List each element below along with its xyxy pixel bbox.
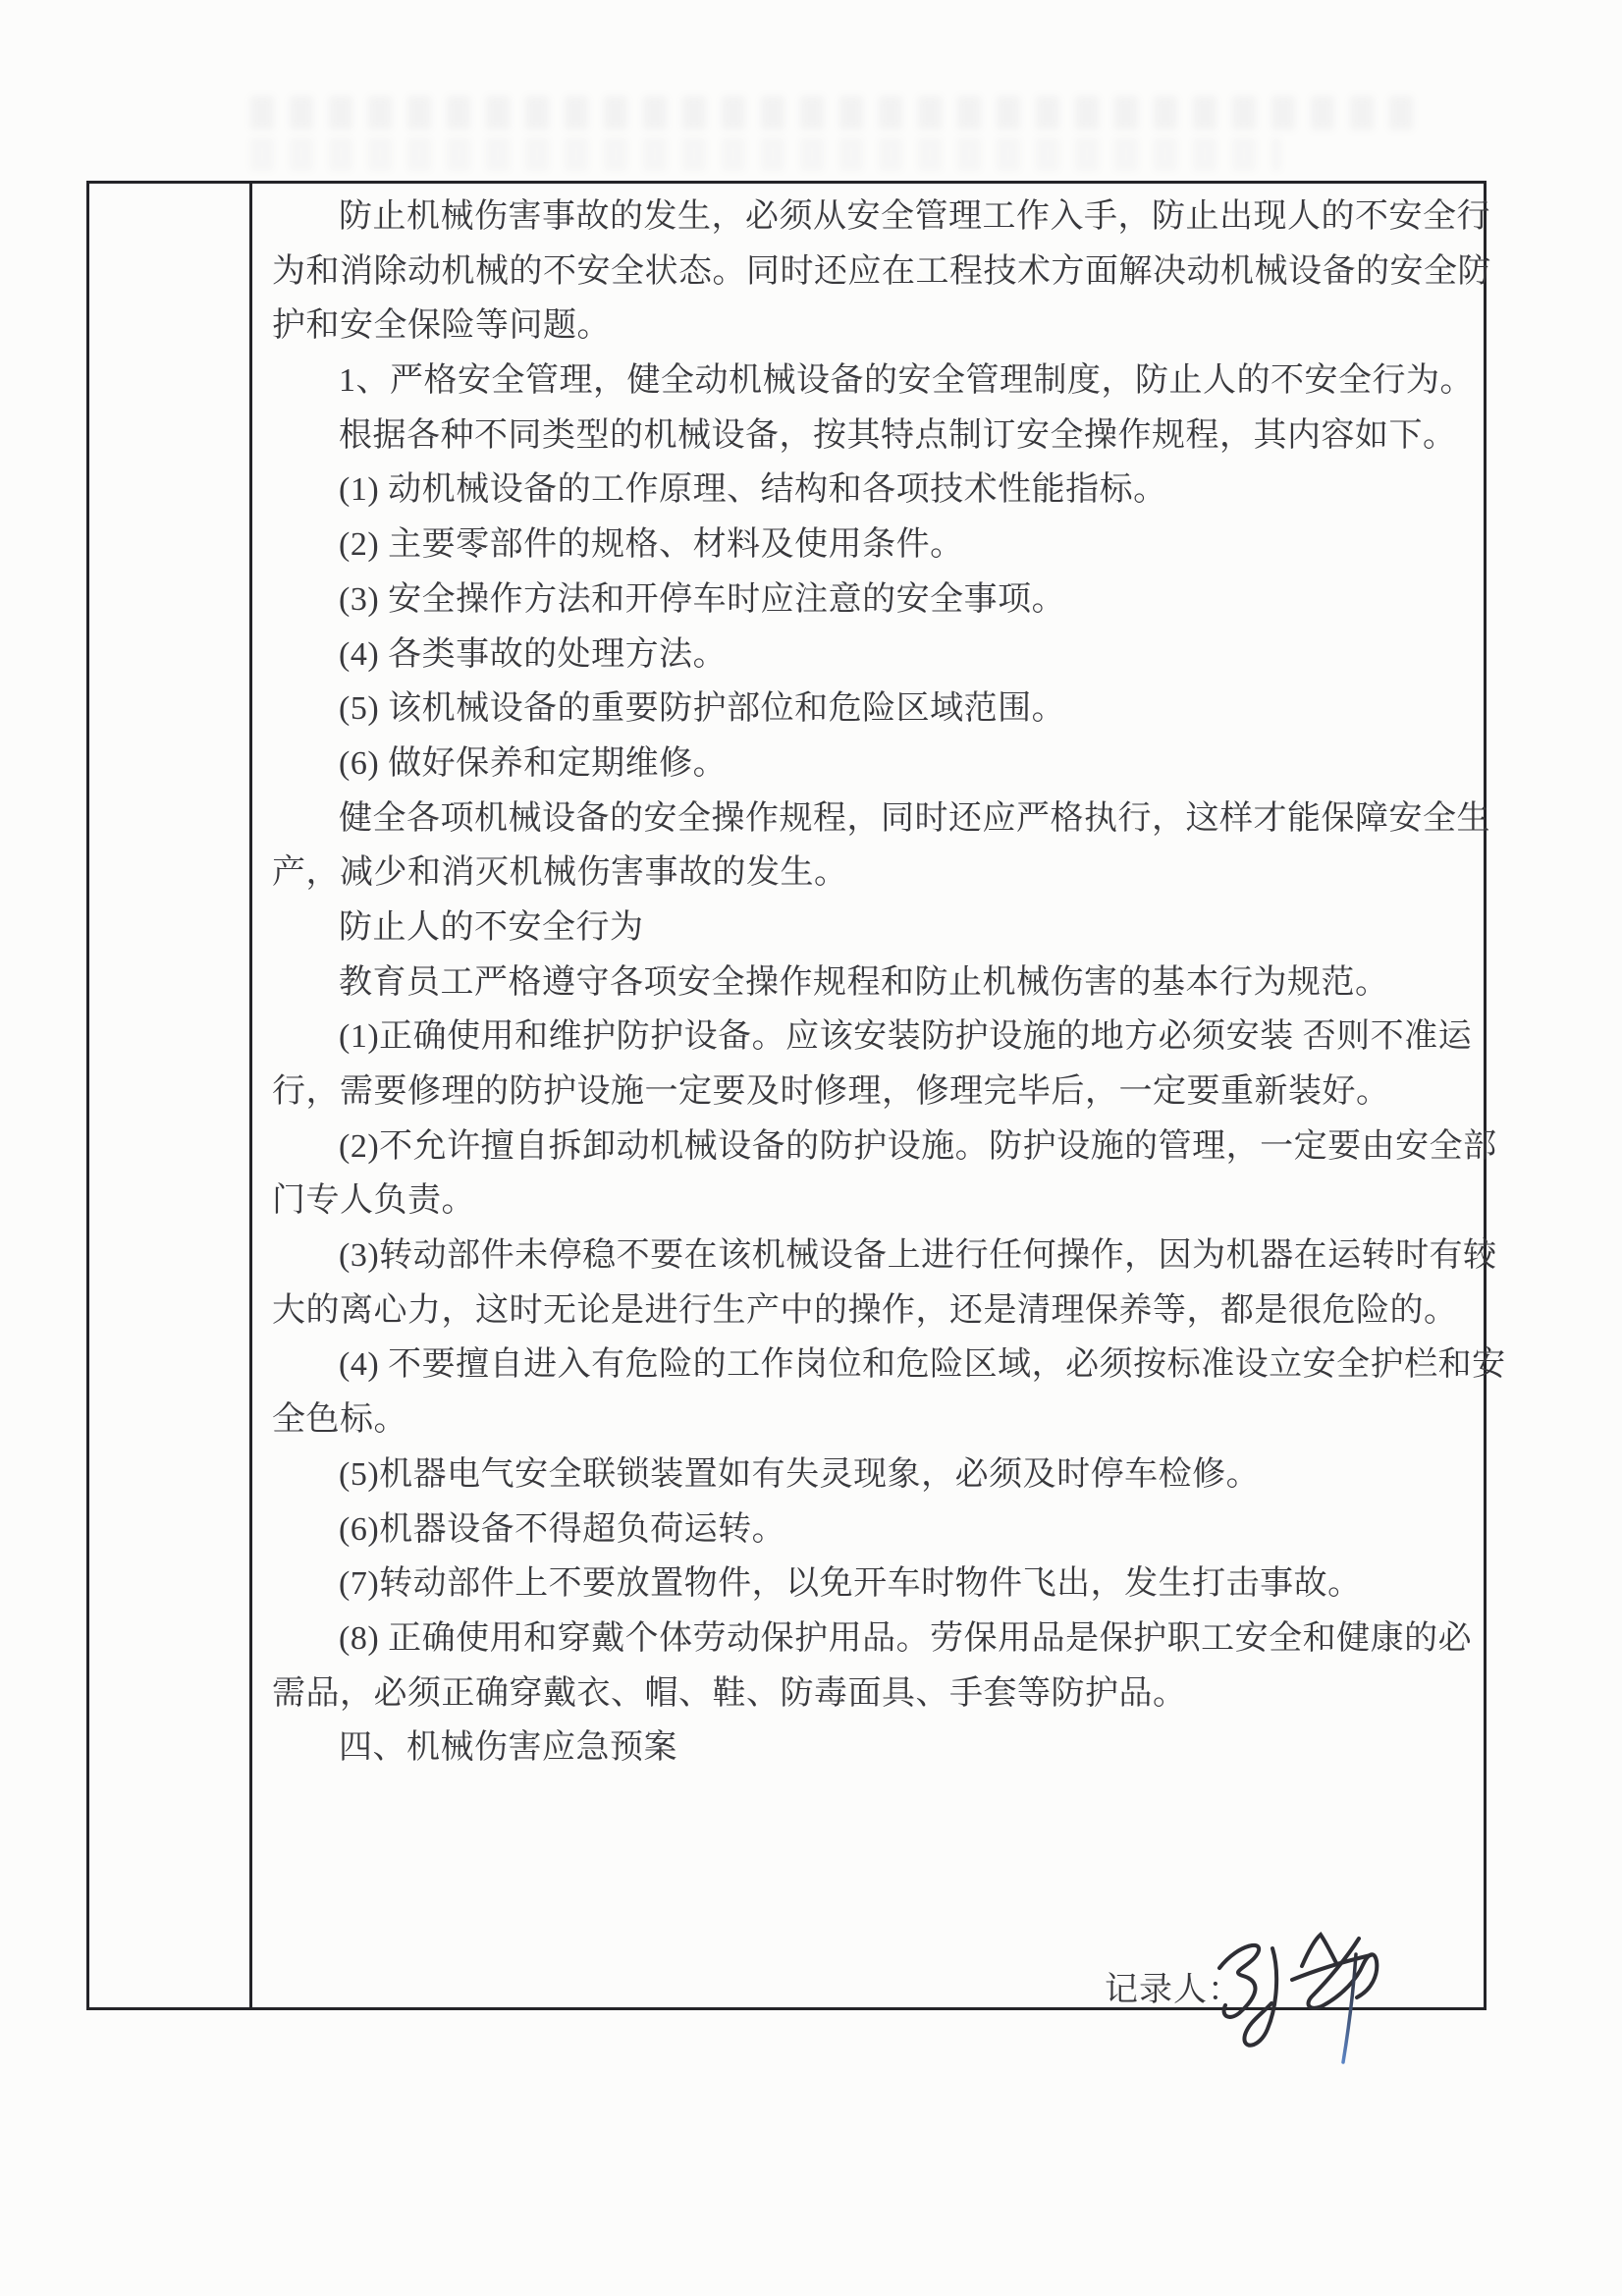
document-lines: 防止机械伤害事故的发生，必须从安全管理工作入手，防止出现人的不安全行为和消除动机…: [272, 190, 1462, 1776]
text-line: 需品，必须正确穿戴衣、帽、鞋、防毒面具、手套等防护品。: [272, 1667, 1462, 1722]
text-line: (4) 各类事故的处理方法。: [272, 628, 1462, 683]
text-line: 大的离心力，这时无论是进行生产中的操作，还是清理保养等，都是很危险的。: [272, 1284, 1462, 1339]
text-line: (6) 做好保养和定期维修。: [272, 737, 1462, 792]
text-line: (4) 不要擅自进入有危险的工作岗位和危险区域，必须按标准设立安全护栏和安: [272, 1338, 1462, 1393]
text-line: (3) 安全操作方法和开停车时应注意的安全事项。: [272, 573, 1462, 628]
text-line: 防止机械伤害事故的发生，必须从安全管理工作入手，防止出现人的不安全行: [272, 190, 1462, 245]
text-line: 教育员工严格遵守各项安全操作规程和防止机械伤害的基本行为规范。: [272, 956, 1462, 1011]
text-line: 防止人的不安全行为: [272, 901, 1462, 956]
text-line: (6)机器设备不得超负荷运转。: [272, 1503, 1462, 1558]
record-table: 防止机械伤害事故的发生，必须从安全管理工作入手，防止出现人的不安全行为和消除动机…: [86, 181, 1487, 2010]
bleed-through-artifact: [250, 96, 1429, 130]
text-line: (2)不允许擅自拆卸动机械设备的防护设施。防护设施的管理，一定要由安全部: [272, 1120, 1462, 1175]
table-stub-column: [89, 184, 252, 2007]
handwritten-signature: [1210, 1927, 1426, 2074]
text-line: (3)转动部件未停稳不要在该机械设备上进行任何操作，因为机器在运转时有较: [272, 1229, 1462, 1284]
text-line: 1、严格安全管理，健全动机械设备的安全管理制度，防止人的不安全行为。: [272, 354, 1462, 409]
text-line: 行，需要修理的防护设施一定要及时修理，修理完毕后，一定要重新装好。: [272, 1065, 1462, 1120]
text-line: 根据各种不同类型的机械设备，按其特点制订安全操作规程，其内容如下。: [272, 409, 1462, 464]
text-line: 四、机械伤害应急预案: [272, 1721, 1462, 1776]
text-line: (5) 该机械设备的重要防护部位和危险区域范围。: [272, 682, 1462, 737]
text-line: 健全各项机械设备的安全操作规程，同时还应严格执行，这样才能保障安全生: [272, 792, 1462, 847]
text-line: 产，减少和消灭机械伤害事故的发生。: [272, 846, 1462, 901]
table-content-column: 防止机械伤害事故的发生，必须从安全管理工作入手，防止出现人的不安全行为和消除动机…: [255, 184, 1484, 2007]
text-line: (7)转动部件上不要放置物件，以免开车时物件飞出，发生打击事故。: [272, 1557, 1462, 1612]
text-line: (1)正确使用和维护防护设备。应该安装防护设施的地方必须安装 否则不准运: [272, 1010, 1462, 1065]
text-line: 护和安全保险等问题。: [272, 299, 1462, 354]
text-line: (2) 主要零部件的规格、材料及使用条件。: [272, 518, 1462, 573]
text-line: 门专人负责。: [272, 1174, 1462, 1229]
text-line: (1) 动机械设备的工作原理、结构和各项技术性能指标。: [272, 463, 1462, 518]
text-line: (5)机器电气安全联锁装置如有失灵现象，必须及时停车检修。: [272, 1448, 1462, 1503]
text-line: 全色标。: [272, 1393, 1462, 1448]
bleed-through-artifact: [250, 137, 1281, 171]
text-line: 为和消除动机械的不安全状态。同时还应在工程技术方面解决动机械设备的安全防: [272, 245, 1462, 300]
text-line: (8) 正确使用和穿戴个体劳动保护用品。劳保用品是保护职工安全和健康的必: [272, 1612, 1462, 1667]
